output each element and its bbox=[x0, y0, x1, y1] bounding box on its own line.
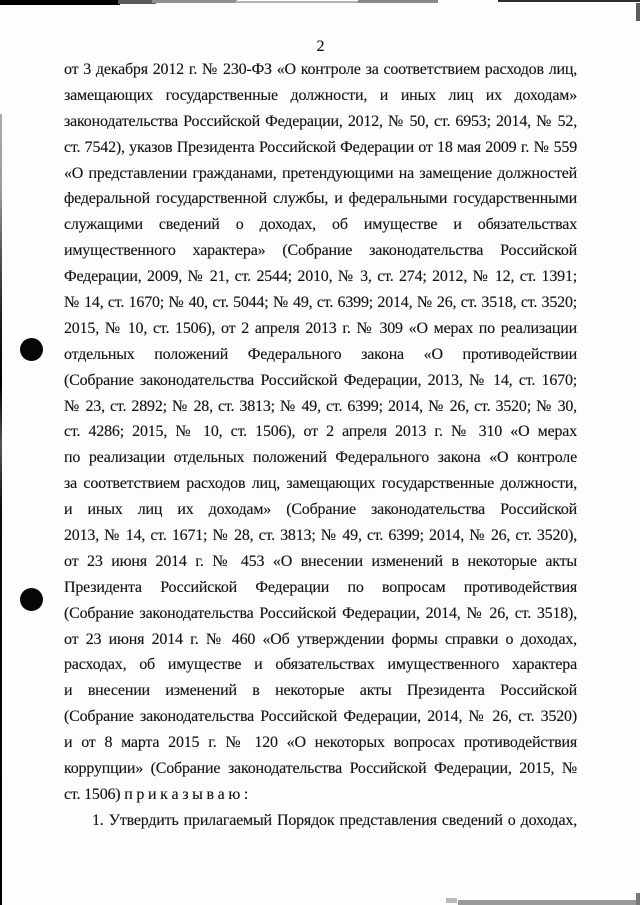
text-line: и иных лиц их доходам» (Собрание законод… bbox=[64, 497, 577, 523]
text-line: Федерации, 2009, № 21, ст. 2544; 2010, №… bbox=[64, 264, 577, 290]
scan-artifact-right-edge bbox=[636, 3, 640, 21]
text-line: 2013, № 14, ст. 1671; № 28, ст. 3813; № … bbox=[64, 523, 577, 549]
text-line: от 23 июня 2014 г. № 460 «Об утверждении… bbox=[64, 627, 577, 653]
text-line: (Собрание законодательства Российской Фе… bbox=[64, 704, 577, 730]
scan-artifact-top bbox=[235, 1, 360, 3]
text-line: коррупции» (Собрание законодательства Ро… bbox=[64, 756, 577, 782]
document-body: от 3 декабря 2012 г. № 230-ФЗ «О контрол… bbox=[64, 57, 577, 834]
text-line: расходах, об имуществе и обязательствах … bbox=[64, 652, 577, 678]
text-line: и от 8 марта 2015 г. № 120 «О некоторых … bbox=[64, 730, 577, 756]
document-page: 2 от 3 декабря 2012 г. № 230-ФЗ «О контр… bbox=[0, 0, 640, 905]
hole-punch-mark bbox=[20, 338, 43, 361]
text-line: «О представлении гражданами, претендующи… bbox=[64, 161, 577, 187]
text-line: замещающих государственные должности, и … bbox=[64, 83, 577, 109]
scan-artifact-bottom bbox=[458, 900, 640, 905]
text-line: 2015, № 10, ст. 1506), от 2 апреля 2013 … bbox=[64, 316, 577, 342]
text-line: ст. 4286; 2015, № 10, ст. 1506), от 2 ап… bbox=[64, 419, 577, 445]
text-line: отдельных положений Федерального закона … bbox=[64, 342, 577, 368]
text-line: федеральной государственной службы, и фе… bbox=[64, 186, 577, 212]
scan-artifact-top bbox=[358, 0, 438, 3]
text-line: и внесении изменений в некоторые акты Пр… bbox=[64, 678, 577, 704]
text-line: № 14, ст. 1670; № 40, ст. 5044; № 49, ст… bbox=[64, 290, 577, 316]
text-line: ст. 1506) п р и к а з ы в а ю : bbox=[64, 782, 577, 808]
text-line: по реализации отдельных положений Федера… bbox=[64, 445, 577, 471]
scan-artifact-top bbox=[0, 0, 120, 5]
scan-artifact-left-edge bbox=[0, 114, 2, 905]
scan-artifact-top bbox=[152, 0, 237, 3]
text-line: служащими сведений о доходах, об имущест… bbox=[64, 212, 577, 238]
text-line: от 23 июня 2014 г. № 453 «О внесении изм… bbox=[64, 549, 577, 575]
text-line: Президента Российской Федерации по вопро… bbox=[64, 575, 577, 601]
text-line: (Собрание законодательства Российской Фе… bbox=[64, 601, 577, 627]
hole-punch-mark bbox=[20, 588, 43, 611]
text-line: (Собрание законодательства Российской Фе… bbox=[64, 368, 577, 394]
page-number: 2 bbox=[64, 38, 577, 56]
text-line: 1. Утвердить прилагаемый Порядок предста… bbox=[64, 808, 577, 834]
scan-artifact-top bbox=[498, 0, 640, 2]
scan-artifact-bottom bbox=[446, 898, 457, 903]
scan-artifact-top bbox=[118, 0, 156, 4]
text-line: имущественного характера» (Собрание зако… bbox=[64, 238, 577, 264]
text-line: ст. 7542), указов Президента Российской … bbox=[64, 135, 577, 161]
text-line: за соответствием расходов лиц, замещающи… bbox=[64, 471, 577, 497]
text-line: № 23, ст. 2892; № 28, ст. 3813; № 49, ст… bbox=[64, 394, 577, 420]
scan-artifact-bottom bbox=[636, 893, 640, 905]
text-line: от 3 декабря 2012 г. № 230-ФЗ «О контрол… bbox=[64, 57, 577, 83]
text-line: законодательства Российской Федерации, 2… bbox=[64, 109, 577, 135]
